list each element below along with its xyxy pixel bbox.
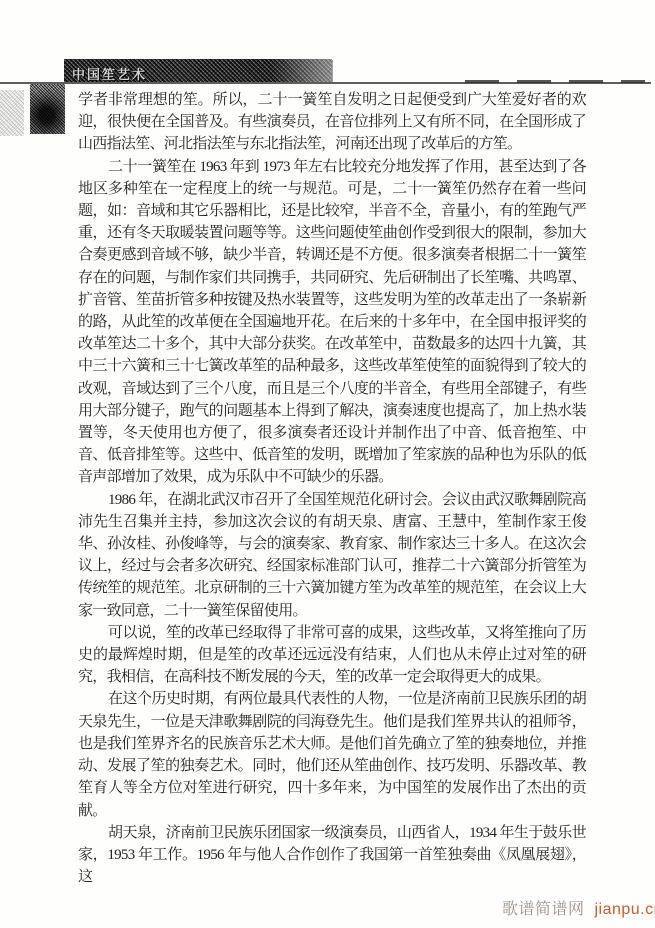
header-rule xyxy=(0,82,651,84)
header-bar-fade xyxy=(272,59,332,83)
paragraph: 二十一簧笙在 1963 年到 1973 年左右比较充分地发挥了作用，甚至达到了各… xyxy=(78,156,586,489)
book-title: 中国笙艺术 xyxy=(72,64,147,83)
body-text: 学者非常理想的笙。所以，二十一簧笙自发明之日起便受到广大笙爱好者的欢迎，很快便在… xyxy=(78,89,586,888)
scanned-book-page: 中国笙艺术 学者非常理想的笙。所以，二十一簧笙自发明之日起便受到广大笙爱好者的欢… xyxy=(0,0,655,928)
paragraph: 学者非常理想的笙。所以，二十一簧笙自发明之日起便受到广大笙爱好者的欢迎，很快便在… xyxy=(78,89,586,156)
paragraph: 胡天泉，济南前卫民族乐团国家一级演奏员，山西省人，1934 年生于鼓乐世家，19… xyxy=(78,822,586,889)
watermark: 歌谱简谱网 jianpu.cn xyxy=(502,896,655,919)
paragraph: 在这个历史时期，有两位最具代表性的人物，一位是济南前卫民族乐团的胡天泉先生，一位… xyxy=(78,688,586,821)
chapter-header-bar: 中国笙艺术 xyxy=(64,59,332,83)
paragraph: 1986 年，在湖北武汉市召开了全国笙规范化研讨会。会议由武汉歌舞剧院高沛先生召… xyxy=(78,489,586,622)
ink-ornament-block xyxy=(30,84,65,134)
header-rule-dashes xyxy=(465,80,645,83)
paragraph: 可以说，笙的改革已经取得了非常可喜的成果，这些改革，又将笙推向了历史的最辉煌时期… xyxy=(78,622,586,689)
ink-ornament-speckle xyxy=(0,90,24,136)
watermark-site-url: jianpu.cn xyxy=(594,901,655,918)
watermark-site-name: 歌谱简谱网 xyxy=(502,901,585,918)
